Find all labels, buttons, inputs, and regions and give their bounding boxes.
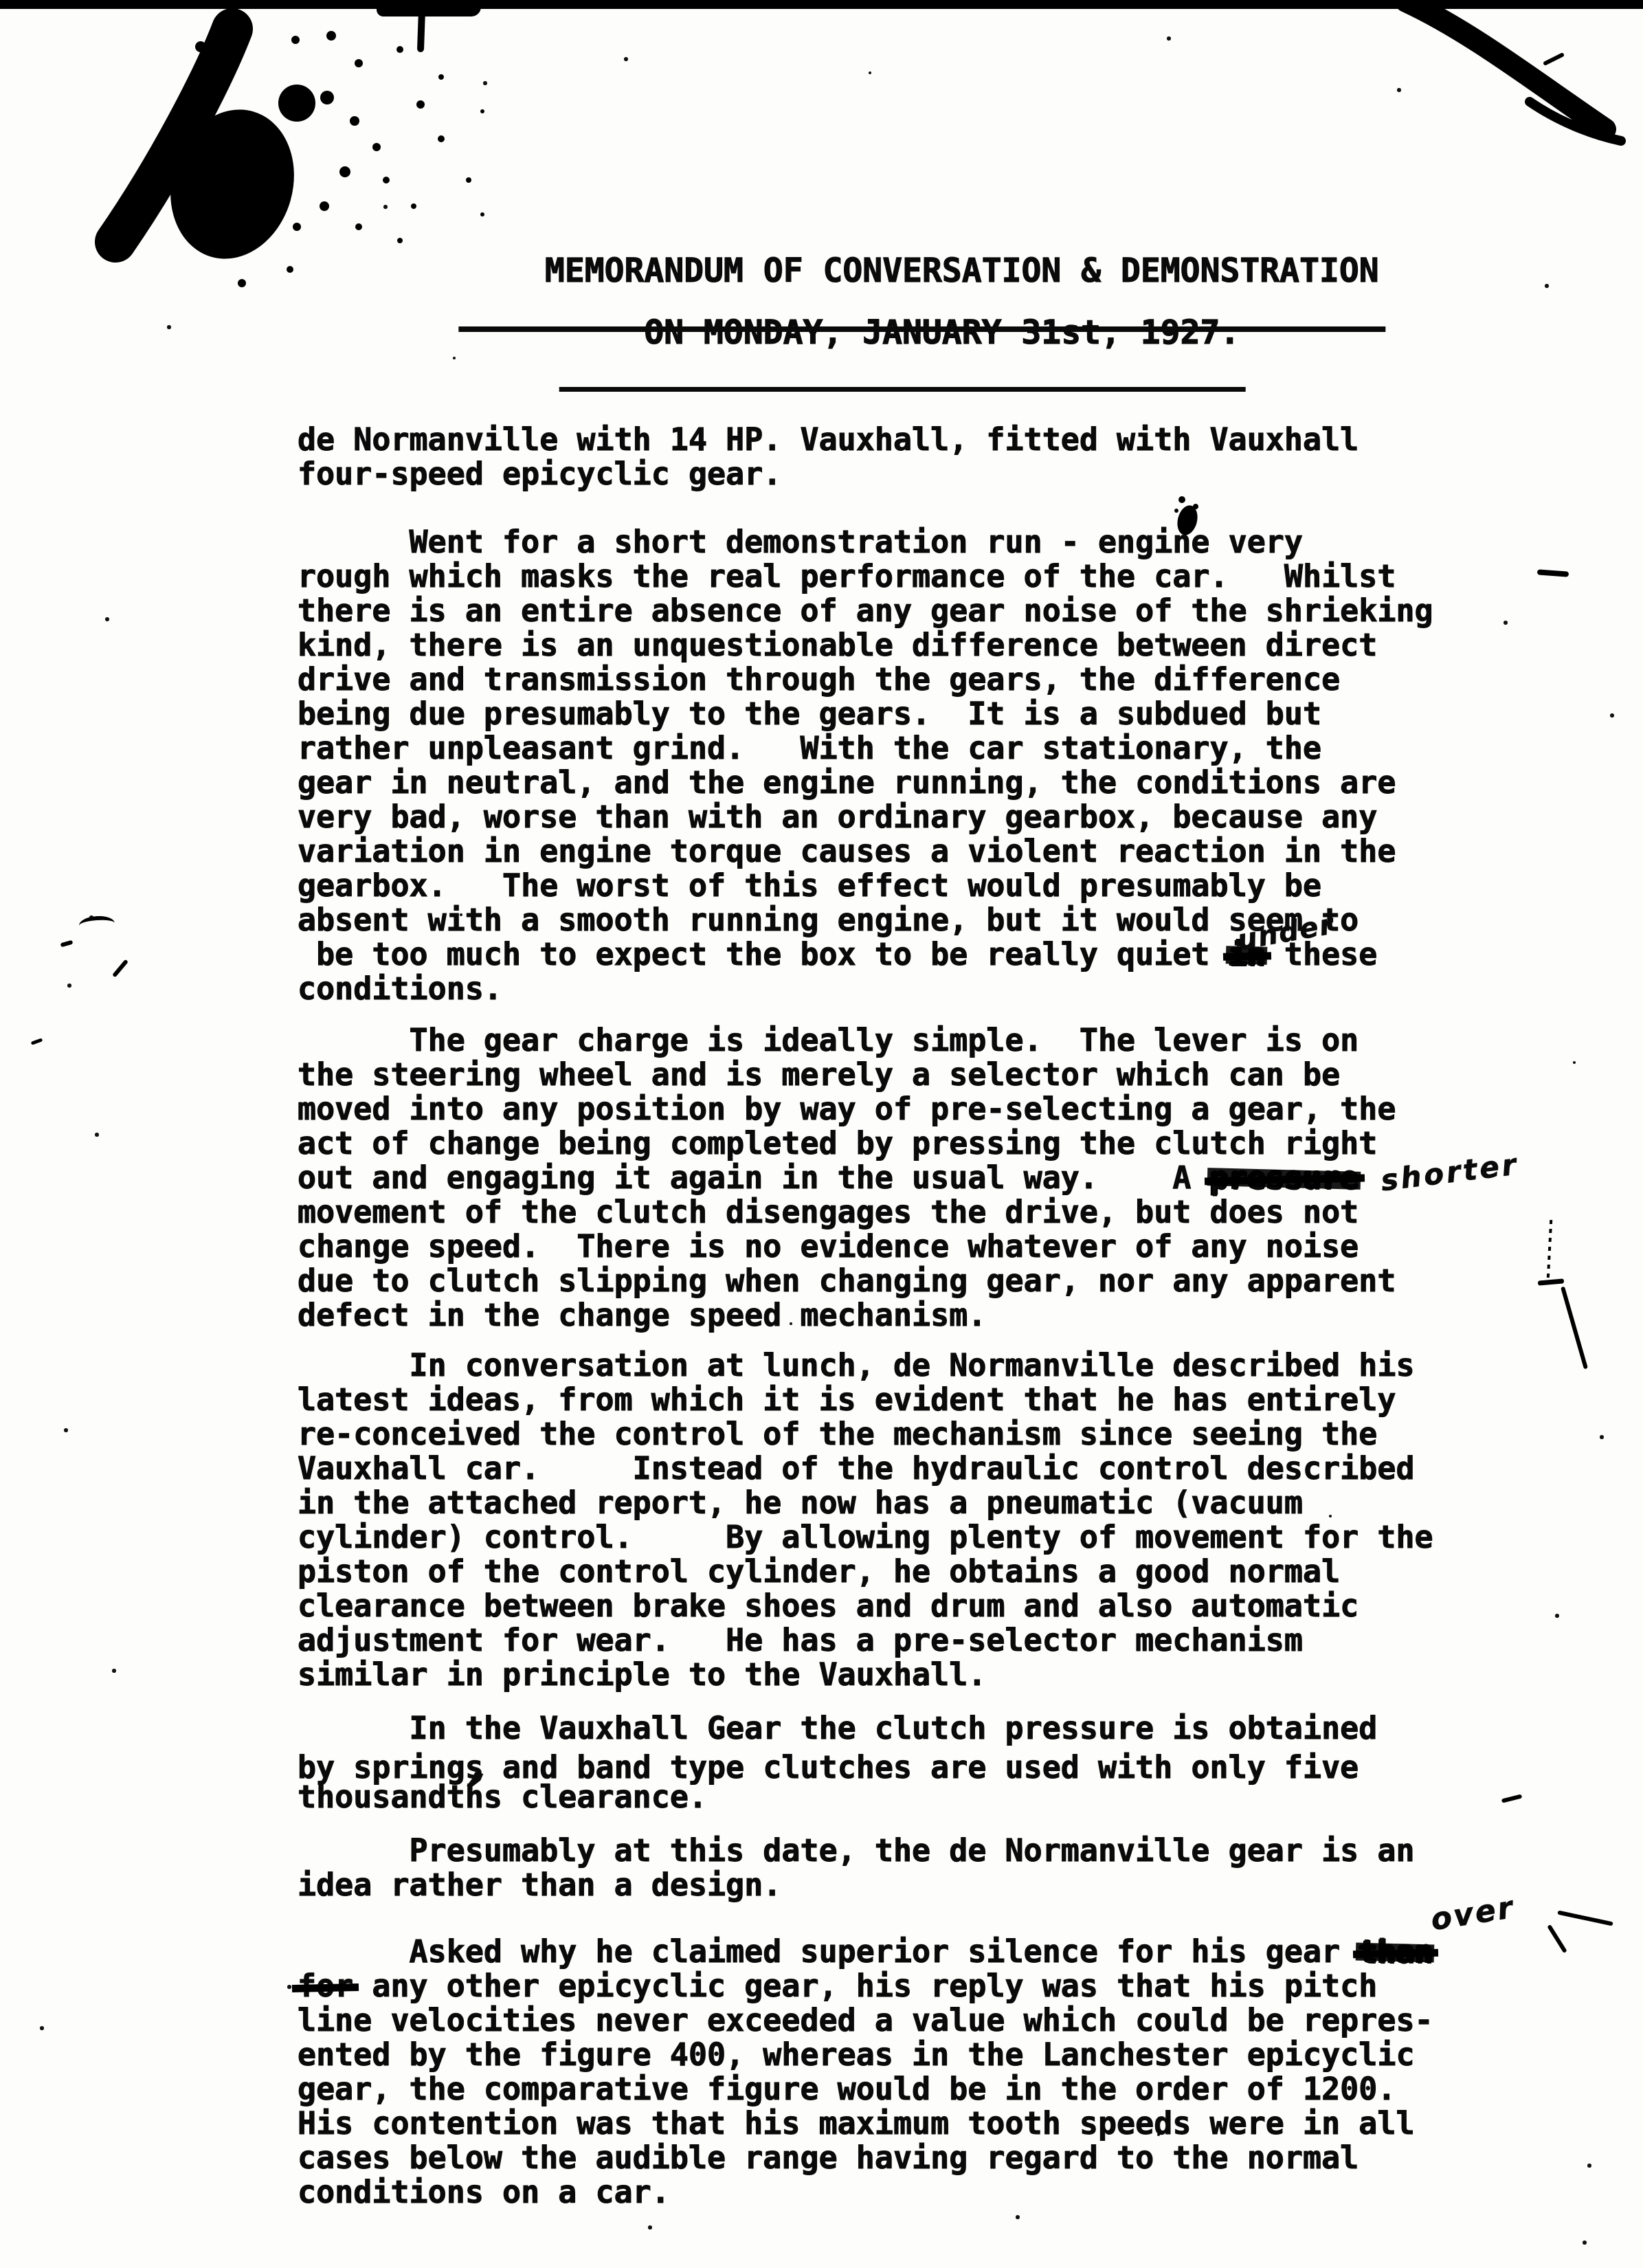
text-line: In the Vauxhall Gear the clutch pressure… <box>298 1711 1377 1746</box>
text-run: cylinder) control. By allowing plenty of… <box>298 1519 1433 1555</box>
margin-dash-mark <box>1538 1278 1564 1285</box>
text-line: de Normanville with 14 HP. Vauxhall, fit… <box>298 423 1359 457</box>
text-line: In conversation at lunch, de Normanville… <box>298 1348 1433 1383</box>
text-line: piston of the control cylinder, he obtai… <box>298 1555 1433 1589</box>
text-run: latest ideas, from which it is evident t… <box>298 1381 1396 1418</box>
text-line: movement of the clutch disengages the dr… <box>298 1195 1516 1230</box>
text-run: idea rather than a design. <box>298 1867 781 1903</box>
text-run: rough which masks the real performance o… <box>298 558 1396 594</box>
margin-check-mark <box>1547 1924 1567 1953</box>
paragraph: Asked why he claimed superior silence fo… <box>298 1935 1433 2210</box>
text-run: gear in neutral, and the engine running,… <box>298 764 1396 801</box>
text-run: drive and transmission through the gears… <box>298 661 1340 698</box>
text-run: re-conceived the control of the mechanis… <box>298 1416 1377 1452</box>
text-line: gearbox. The worst of this effect would … <box>298 869 1433 903</box>
text-run: movement of the clutch disengages the dr… <box>298 1194 1359 1230</box>
text-run: in the attached report, he now has a pne… <box>298 1485 1303 1521</box>
struck-text: pressure <box>1210 1159 1359 1196</box>
text-run: In conversation at lunch, de Normanville… <box>298 1347 1415 1383</box>
text-run: kind, there is an unquestionable differe… <box>298 627 1377 663</box>
text-line: latest ideas, from which it is evident t… <box>298 1383 1433 1417</box>
corner-fold-mark <box>1368 0 1643 179</box>
paragraph: Went for a short demonstration run - eng… <box>298 525 1433 1006</box>
text-run: line velocities never exceeded a value w… <box>298 2002 1433 2038</box>
text-run: Vauxhall car. Instead of the hydraulic c… <box>298 1450 1415 1487</box>
text-run: change speed. There is no evidence whate… <box>298 1228 1359 1265</box>
text-line: idea rather than a design. <box>298 1868 1415 1902</box>
margin-tick-mark <box>31 1038 43 1045</box>
text-line: four-speed epicyclic gear. <box>298 457 1359 491</box>
paragraph: In the Vauxhall Gear the clutch pressure… <box>298 1711 1377 1814</box>
text-line: the steering wheel and is merely a selec… <box>298 1058 1516 1092</box>
text-line: line velocities never exceeded a value w… <box>298 2003 1433 2038</box>
text-run: His contention was that his maximum toot… <box>298 2105 1415 2142</box>
margin-tick-mark <box>60 940 74 948</box>
memo-date-text: ON MONDAY, JANUARY 31st, 1927. <box>644 313 1240 352</box>
struck-text: than <box>1359 1933 1433 1970</box>
text-run: defect in the change speed mechanism. <box>298 1297 986 1333</box>
text-line: similar in principle to the Vauxhall. <box>298 1658 1433 1692</box>
text-line: rather unpleasant grind. With the car st… <box>298 731 1433 766</box>
text-run: out and engaging it again in the usual w… <box>298 1159 1210 1196</box>
text-run: the steering wheel and is merely a selec… <box>298 1056 1340 1093</box>
margin-tick-mark <box>1501 1794 1523 1803</box>
text-line: cases below the audible range having reg… <box>298 2141 1433 2175</box>
text-line: variation in engine torque causes a viol… <box>298 834 1433 869</box>
paragraph: The gear charge is ideally simple. The l… <box>298 1023 1516 1333</box>
text-line: The gear charge is ideally simple. The l… <box>298 1023 1516 1058</box>
text-line: ented by the figure 400, whereas in the … <box>298 2038 1433 2072</box>
text-run: moved into any position by way of pre-se… <box>298 1091 1396 1127</box>
text-run: thousandths clearance. <box>298 1779 707 1815</box>
text-line: defect in the change speed mechanism. <box>298 1298 1516 1333</box>
text-run: rather unpleasant grind. With the car st… <box>298 730 1321 766</box>
text-run: conditions on a car. <box>298 2174 670 2210</box>
text-line: drive and transmission through the gears… <box>298 663 1433 697</box>
text-line: being due presumably to the gears. It is… <box>298 697 1433 731</box>
margin-dotted-line <box>1547 1220 1552 1279</box>
text-line: very bad, worse than with an ordinary ge… <box>298 800 1433 834</box>
text-line: Presumably at this date, the de Normanvi… <box>298 1834 1415 1868</box>
text-line: cylinder) control. By allowing plenty of… <box>298 1520 1433 1555</box>
ink-blot <box>0 0 536 330</box>
paragraph: In conversation at lunch, de Normanville… <box>298 1348 1433 1692</box>
text-line: out and engaging it again in the usual w… <box>298 1161 1516 1195</box>
text-run: gear, the comparative figure would be in… <box>298 2071 1396 2107</box>
text-run: similar in principle to the Vauxhall. <box>298 1656 986 1693</box>
text-line: conditions. <box>298 972 1433 1006</box>
text-line: act of change being completed by pressin… <box>298 1126 1516 1161</box>
margin-diagonal-mark <box>1561 1287 1588 1370</box>
text-line: by springs, and band type clutches are u… <box>298 1746 1377 1780</box>
text-run: In the Vauxhall Gear the clutch pressure… <box>298 1710 1377 1746</box>
text-run: four-speed epicyclic gear. <box>298 456 781 492</box>
text-line: Vauxhall car. Instead of the hydraulic c… <box>298 1452 1433 1486</box>
text-line: due to clutch slipping when changing gea… <box>298 1264 1516 1298</box>
text-run: gearbox. The worst of this effect would … <box>298 867 1321 904</box>
text-line: for any other epicyclic gear, his reply … <box>298 1969 1433 2003</box>
text-run: ented by the figure 400, whereas in the … <box>298 2036 1415 2073</box>
text-line: there is an entire absence of any gear n… <box>298 594 1433 628</box>
margin-arc-mark <box>78 915 115 934</box>
text-run: Asked why he claimed superior silence fo… <box>298 1933 1359 1970</box>
text-run: be too much to expect the box to be real… <box>298 936 1229 972</box>
text-run: absent with a smooth running engine, but… <box>298 902 1359 938</box>
text-line: gear, the comparative figure would be in… <box>298 2072 1433 2106</box>
text-line: gear in neutral, and the engine running,… <box>298 766 1433 800</box>
text-line: re-conceived the control of the mechanis… <box>298 1417 1433 1452</box>
text-line: change speed. There is no evidence whate… <box>298 1230 1516 1264</box>
scanned-memo-page: MEMORANDUM OF CONVERSATION & DEMONSTRATI… <box>0 0 1643 2268</box>
text-run: The gear charge is ideally simple. The l… <box>298 1022 1359 1058</box>
text-line: rough which masks the real performance o… <box>298 559 1433 594</box>
text-line: clearance between brake shoes and drum a… <box>298 1589 1433 1623</box>
paragraph: de Normanville with 14 HP. Vauxhall, fit… <box>298 423 1359 491</box>
text-line: be too much to expect the box to be real… <box>298 937 1433 972</box>
memo-date-line: ON MONDAY, JANUARY 31st, 1927. <box>559 283 1246 392</box>
text-run: clearance between brake shoes and drum a… <box>298 1588 1359 1624</box>
text-run: act of change being completed by pressin… <box>298 1125 1377 1161</box>
text-run: due to clutch slipping when changing gea… <box>298 1263 1396 1299</box>
text-run: piston of the control cylinder, he obtai… <box>298 1553 1340 1590</box>
struck-text: for <box>298 1968 353 2004</box>
text-run: Presumably at this date, the de Normanvi… <box>298 1832 1415 1869</box>
margin-slash-mark <box>112 959 128 978</box>
text-line: Went for a short demonstration run - eng… <box>298 525 1433 559</box>
text-run: there is an entire absence of any gear n… <box>298 592 1433 629</box>
text-run: adjustment for wear. He has a pre-select… <box>298 1622 1303 1658</box>
text-run: cases below the audible range having reg… <box>298 2139 1359 2176</box>
margin-check-mark <box>1557 1911 1613 1926</box>
text-run: any other epicyclic gear, his reply was … <box>353 1968 1377 2004</box>
text-run: very bad, worse than with an ordinary ge… <box>298 799 1377 835</box>
text-run: variation in engine torque causes a viol… <box>298 833 1396 869</box>
text-run: Went for a short demonstration run - eng… <box>298 524 1303 560</box>
text-line: moved into any position by way of pre-se… <box>298 1092 1516 1126</box>
text-run: de Normanville with 14 HP. Vauxhall, fit… <box>298 421 1359 458</box>
text-run: conditions. <box>298 970 502 1007</box>
margin-dash-mark <box>1537 569 1569 577</box>
text-line: conditions on a car. <box>298 2175 1433 2210</box>
text-line: His contention was that his maximum toot… <box>298 2106 1433 2141</box>
text-line: Asked why he claimed superior silence fo… <box>298 1935 1433 1969</box>
text-run: being due presumably to the gears. It is… <box>298 696 1321 732</box>
paragraph: Presumably at this date, the de Normanvi… <box>298 1834 1415 1902</box>
text-line: kind, there is an unquestionable differe… <box>298 628 1433 663</box>
text-line: adjustment for wear. He has a pre-select… <box>298 1623 1433 1658</box>
text-line: in the attached report, he now has a pne… <box>298 1486 1433 1520</box>
